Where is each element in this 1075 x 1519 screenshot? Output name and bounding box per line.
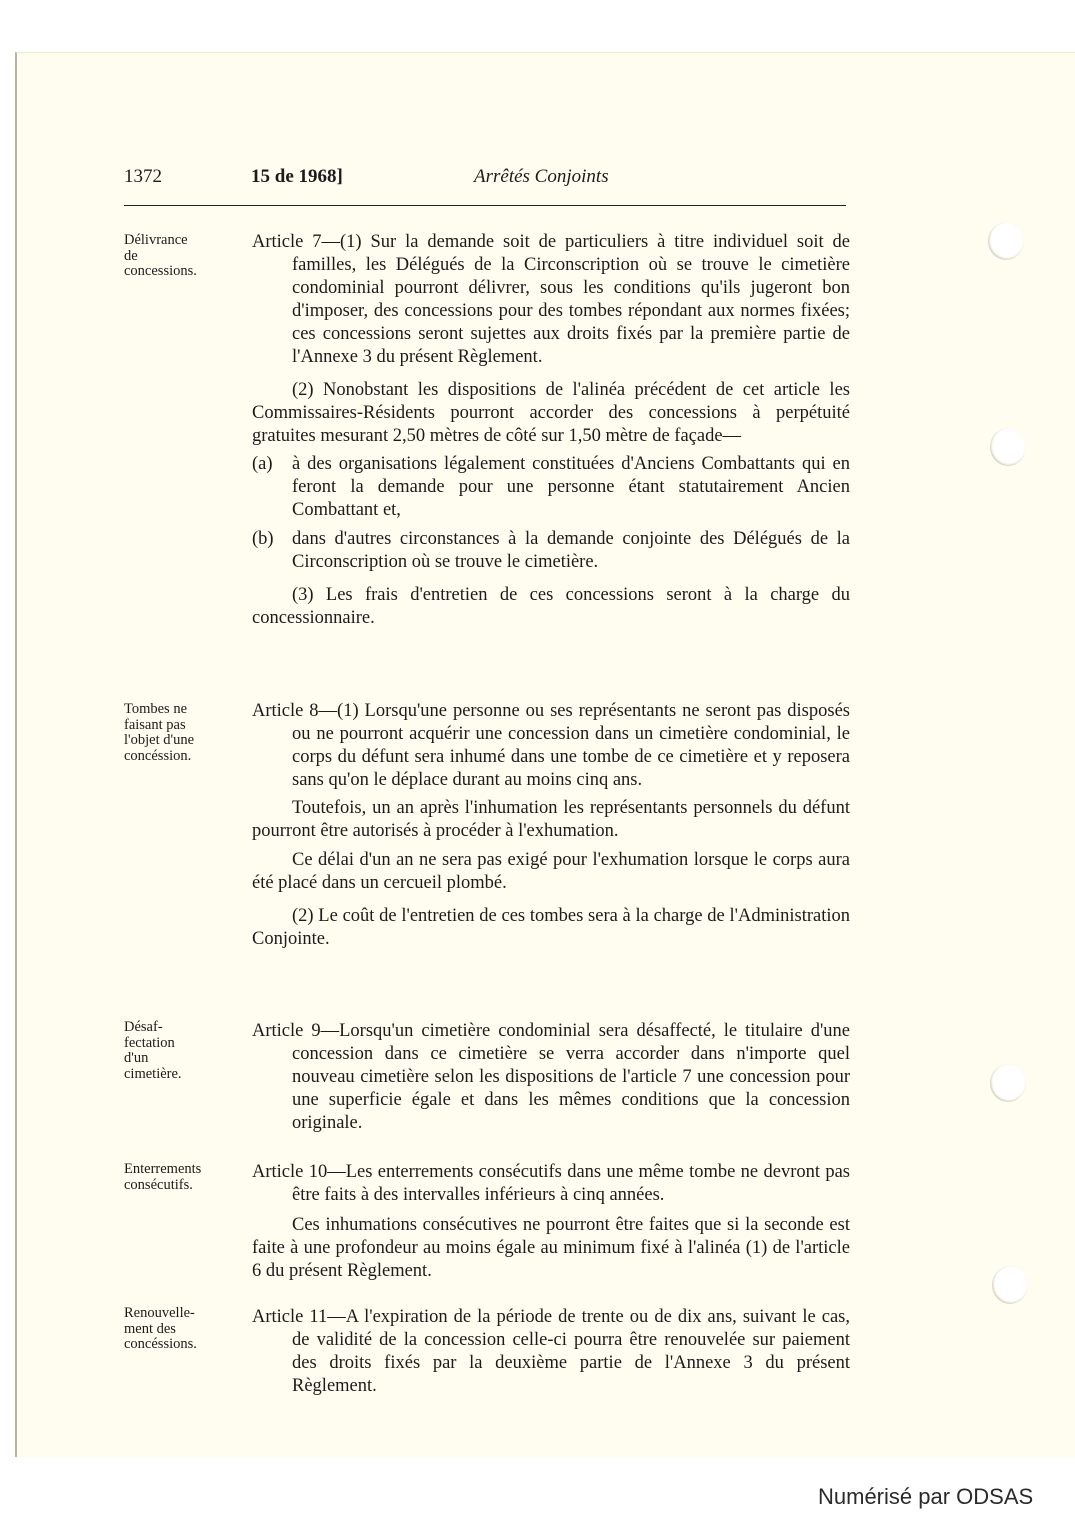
gazette-reference: 15 de 1968] [251,166,343,188]
article-7-paragraph-3: (3) Les frais d'entretien de ces concess… [252,584,850,630]
margin-note-line: cimetière. [124,1067,234,1083]
running-header: 1372 15 de 1968] Arrêtés Conjoints [124,166,846,190]
margin-note-line: Désaf- [124,1020,234,1036]
margin-note-article-11: Renouvelle- ment des concéssions. [124,1306,234,1353]
article-9: Article 9—Lorsqu'un cimetière condominia… [252,1020,850,1135]
article-11: Article 11—A l'expiration de la période … [252,1306,850,1398]
article-7-paragraph-1: Article 7—(1) Sur la demande soit de par… [252,231,850,369]
margin-note-line: d'un [124,1051,234,1067]
article-10-paragraph-1: Article 10—Les enterrements consécutifs … [252,1161,850,1207]
punch-hole [992,1266,1028,1304]
margin-note-line: concessions. [124,264,234,280]
margin-note-line: Enterrements [124,1162,234,1178]
digitization-stamp: Numérisé par ODSAS [818,1484,1033,1510]
margin-note-line: concéssions. [124,1337,234,1353]
article-8-paragraph-2: Toutefois, un an après l'inhumation les … [252,797,850,843]
item-text: à des organisations légalement constitué… [292,454,850,520]
margin-note-line: Tombes ne [124,702,234,718]
page-number: 1372 [124,166,162,188]
header-rule [124,205,846,206]
running-title: Arrêtés Conjoints [474,166,609,188]
article-7-item-b: (b) dans d'autres circonstances à la dem… [252,528,850,574]
item-label: (b) [252,528,274,551]
article-11-paragraph-1: Article 11—A l'expiration de la période … [252,1306,850,1398]
margin-note-article-10: Enterrements consécutifs. [124,1162,234,1193]
article-8-paragraph-1: Article 8—(1) Lorsqu'une personne ou ses… [252,700,850,792]
punch-hole [990,1064,1026,1102]
article-8: Article 8—(1) Lorsqu'une personne ou ses… [252,700,850,951]
margin-note-article-9: Désaf- fectation d'un cimetière. [124,1020,234,1082]
margin-note-article-7: Délivrance de concessions. [124,233,234,280]
margin-note-line: Délivrance [124,233,234,249]
margin-note-line: ment des [124,1322,234,1338]
margin-note-line: de [124,249,234,265]
article-10: Article 10—Les enterrements consécutifs … [252,1161,850,1283]
article-7-paragraph-2: (2) Nonobstant les dispositions de l'ali… [252,379,850,448]
article-8-paragraph-4: (2) Le coût de l'entretien de ces tombes… [252,905,850,951]
article-7: Article 7—(1) Sur la demande soit de par… [252,231,850,630]
item-label: (a) [252,453,273,476]
margin-note-line: consécutifs. [124,1178,234,1194]
punch-hole [988,222,1024,260]
margin-note-line: faisant pas [124,718,234,734]
article-10-paragraph-2: Ces inhumations consécutives ne pourront… [252,1214,850,1283]
punch-hole [990,428,1026,466]
margin-note-line: fectation [124,1036,234,1052]
item-text: dans d'autres circonstances à la demande… [292,529,850,572]
article-7-item-a: (a) à des organisations légalement const… [252,453,850,522]
margin-note-line: concéssion. [124,749,234,765]
article-9-paragraph-1: Article 9—Lorsqu'un cimetière condominia… [252,1020,850,1135]
margin-note-line: l'objet d'une [124,733,234,749]
margin-note-line: Renouvelle- [124,1306,234,1322]
article-8-paragraph-3: Ce délai d'un an ne sera pas exigé pour … [252,849,850,895]
margin-note-article-8: Tombes ne faisant pas l'objet d'une conc… [124,702,234,764]
